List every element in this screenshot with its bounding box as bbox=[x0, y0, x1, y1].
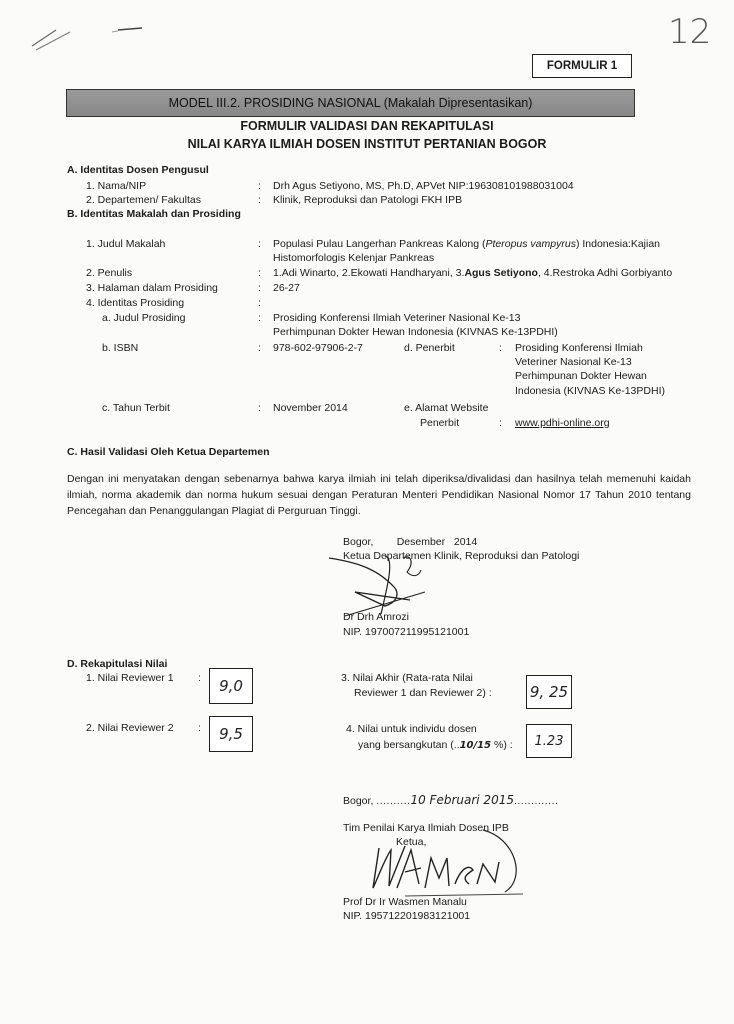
nilai-akhir-label: 3. Nilai Akhir (Rata-rata Nilai bbox=[341, 672, 473, 684]
colon: : bbox=[258, 312, 261, 324]
nama-nip-label: 1. Nama/NIP bbox=[86, 180, 146, 192]
penulis-value: 1.Adi Winarto, 2.Ekowati Handharyani, 3.… bbox=[273, 267, 672, 279]
isbn-value: 978-602-97906-2-7 bbox=[273, 342, 363, 354]
penerbit-value-line3: Perhimpunan Dokter Hewan bbox=[515, 370, 647, 382]
page-number-handwritten: 12 bbox=[668, 12, 711, 52]
judul-prosiding-value: Prosiding Konferensi Ilmiah Veteriner Na… bbox=[273, 312, 520, 324]
validation-place-date: Bogor, Desember 2014 bbox=[343, 536, 477, 548]
reviewer2-score: 9,5 bbox=[219, 725, 243, 743]
tahun-terbit-label: c. Tahun Terbit bbox=[102, 402, 170, 414]
colon: : bbox=[258, 267, 261, 279]
reviewer1-score-box: 9,0 bbox=[209, 668, 253, 704]
validation-statement: Dengan ini menyatakan dengan sebenarnya … bbox=[67, 471, 691, 519]
colon: : bbox=[258, 180, 261, 192]
nilai-akhir-score: 9, 25 bbox=[530, 683, 568, 701]
colon: : bbox=[258, 238, 261, 250]
document-title-line1: FORMULIR VALIDASI DAN REKAPITULASI bbox=[0, 119, 734, 133]
nama-nip-value: Drh Agus Setiyono, MS, Ph.D, APVet NIP:1… bbox=[273, 180, 574, 192]
model-banner: MODEL III.2. PROSIDING NASIONAL (Makalah… bbox=[66, 89, 635, 117]
validation-signer-name: Dr Drh Amrozi bbox=[343, 611, 409, 623]
isbn-label: b. ISBN bbox=[102, 342, 138, 354]
reviewer1-label: 1. Nilai Reviewer 1 bbox=[86, 672, 174, 684]
section-d-heading: D. Rekapitulasi Nilai bbox=[67, 658, 167, 670]
penerbit-value-line2: Veteriner Nasional Ke-13 bbox=[515, 356, 632, 368]
form-label: FORMULIR 1 bbox=[547, 60, 617, 72]
percentage-handwritten: 10/15 bbox=[460, 740, 491, 751]
nilai-individu-label-line2: yang bersangkutan (..10/15 %) : bbox=[358, 739, 513, 751]
nilai-individu-score-box: 1.23 bbox=[526, 724, 572, 758]
nilai-akhir-label-line2: Reviewer 1 dan Reviewer 2) : bbox=[354, 687, 492, 699]
penerbit-value-line1: Prosiding Konferensi Ilmiah bbox=[515, 342, 643, 354]
departemen-label: 2. Departemen/ Fakultas bbox=[86, 194, 201, 206]
closing-signer-name: Prof Dr Ir Wasmen Manalu bbox=[343, 896, 467, 908]
nilai-akhir-score-box: 9, 25 bbox=[526, 675, 572, 709]
closing-date-handwritten: 10 Februari 2015 bbox=[410, 793, 514, 807]
halaman-label: 3. Halaman dalam Prosiding bbox=[86, 282, 218, 294]
nilai-individu-score: 1.23 bbox=[535, 734, 564, 749]
identitas-prosiding-label: 4. Identitas Prosiding bbox=[86, 297, 184, 309]
closing-signer-nip: NIP. 195712201983121001 bbox=[343, 910, 470, 922]
colon: : bbox=[198, 722, 201, 734]
validation-signer-nip: NIP. 197007211995121001 bbox=[343, 626, 469, 638]
penerbit-value-line4: Indonesia (KIVNAS Ke-13PDHI) bbox=[515, 385, 665, 397]
colon: : bbox=[499, 417, 502, 429]
colon: : bbox=[258, 342, 261, 354]
colon: : bbox=[198, 672, 201, 684]
website-label-line2: Penerbit bbox=[420, 417, 459, 429]
reviewer1-score: 9,0 bbox=[219, 677, 243, 695]
halaman-value: 26-27 bbox=[273, 282, 300, 294]
scribble-mark bbox=[26, 18, 176, 54]
judul-makalah-value-line2: Histomorfologis Kelenjar Pankreas bbox=[273, 252, 434, 264]
form-label-box: FORMULIR 1 bbox=[532, 54, 632, 78]
colon: : bbox=[499, 342, 502, 354]
judul-prosiding-label: a. Judul Prosiding bbox=[102, 312, 185, 324]
colon: : bbox=[258, 282, 261, 294]
website-link[interactable]: www.pdhi-online.org bbox=[515, 417, 610, 429]
judul-makalah-label: 1. Judul Makalah bbox=[86, 238, 165, 250]
judul-makalah-value: Populasi Pulau Langerhan Pankreas Kalong… bbox=[273, 238, 660, 250]
signature-head-of-department bbox=[325, 548, 445, 618]
reviewer2-label: 2. Nilai Reviewer 2 bbox=[86, 722, 174, 734]
nilai-individu-label: 4. Nilai untuk individu dosen bbox=[346, 723, 477, 735]
penulis-label: 2. Penulis bbox=[86, 267, 132, 279]
document-title-line2: NILAI KARYA ILMIAH DOSEN INSTITUT PERTAN… bbox=[0, 137, 734, 151]
colon: : bbox=[258, 194, 261, 206]
section-c-heading: C. Hasil Validasi Oleh Ketua Departemen bbox=[67, 446, 270, 458]
judul-prosiding-value-line2: Perhimpunan Dokter Hewan Indonesia (KIVN… bbox=[273, 326, 558, 338]
departemen-value: Klinik, Reproduksi dan Patologi FKH IPB bbox=[273, 194, 462, 206]
colon: : bbox=[258, 402, 261, 414]
closing-place-date: Bogor, ..........10 Februari 2015.......… bbox=[343, 793, 558, 807]
penerbit-label: d. Penerbit bbox=[404, 342, 455, 354]
colon: : bbox=[258, 297, 261, 309]
reviewer2-score-box: 9,5 bbox=[209, 716, 253, 752]
tahun-terbit-value: November 2014 bbox=[273, 402, 348, 414]
website-label: e. Alamat Website bbox=[404, 402, 488, 414]
model-banner-text: MODEL III.2. PROSIDING NASIONAL (Makalah… bbox=[169, 96, 533, 110]
signature-team-chair bbox=[365, 828, 535, 898]
section-a-heading: A. Identitas Dosen Pengusul bbox=[67, 164, 209, 176]
section-b-heading: B. Identitas Makalah dan Prosiding bbox=[67, 208, 241, 220]
